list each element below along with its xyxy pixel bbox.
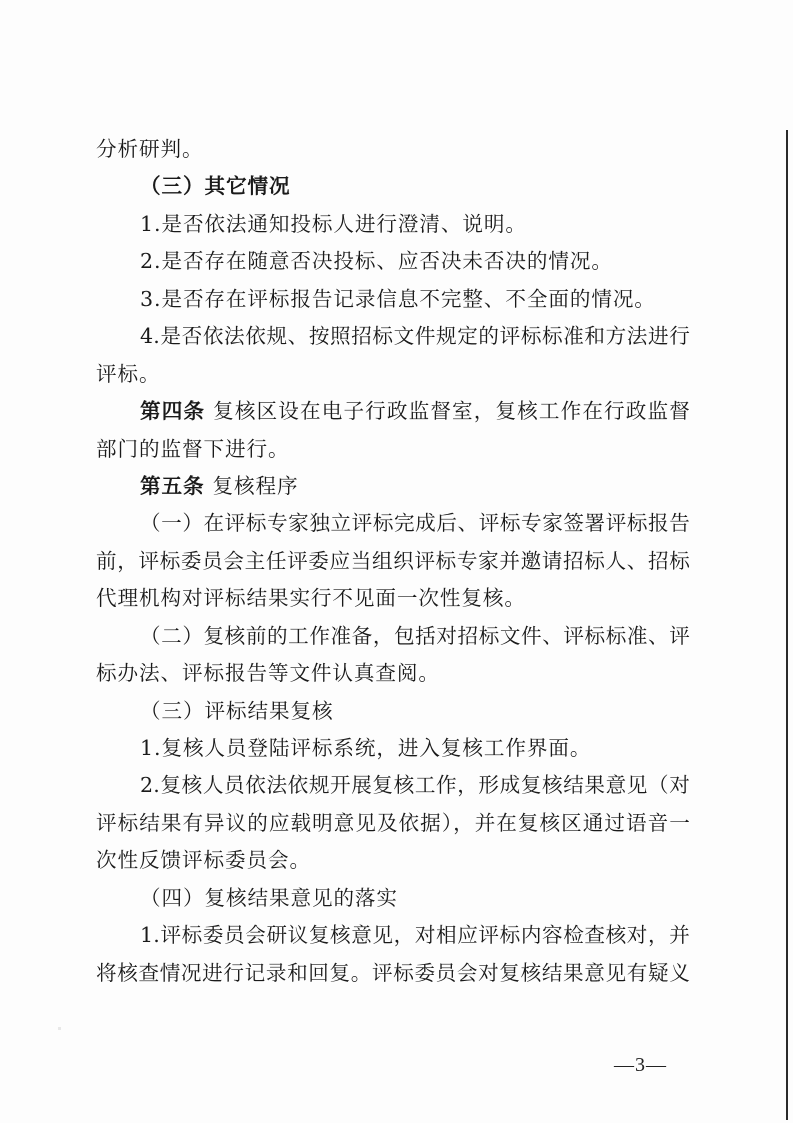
text-line: 分析研判。 — [96, 131, 690, 168]
scan-edge-line — [786, 130, 788, 1120]
section-heading-other-situations: （三）其它情况 — [96, 168, 690, 205]
article-five: 第五条复核程序 — [96, 468, 690, 505]
text-line: 评标。 — [96, 356, 690, 393]
paragraph-line: 代理机构对评标结果实行不见面一次性复核。 — [96, 580, 690, 617]
paragraph-line: 标办法、评标报告等文件认真查阅。 — [96, 655, 690, 692]
article-label: 第四条 — [140, 399, 205, 423]
list-item: 3.是否存在评标报告记录信息不完整、不全面的情况。 — [96, 281, 690, 318]
subsection-heading: （三）评标结果复核 — [96, 693, 690, 730]
paragraph-line: （一）在评标专家独立评标完成后、评标专家签署评标报告 — [96, 505, 690, 542]
subsection-heading: （四）复核结果意见的落实 — [96, 880, 690, 917]
list-item: 2.复核人员依法依规开展复核工作，形成复核结果意见（对 — [96, 767, 690, 804]
scan-artifact — [58, 1027, 61, 1030]
paragraph-line: （二）复核前的工作准备，包括对招标文件、评标标准、评 — [96, 618, 690, 655]
document-body: 分析研判。 （三）其它情况 1.是否依法通知投标人进行澄清、说明。 2.是否存在… — [96, 131, 690, 992]
list-item: 1.复核人员登陆评标系统，进入复核工作界面。 — [96, 730, 690, 767]
list-item: 2.是否存在随意否决投标、应否决未否决的情况。 — [96, 243, 690, 280]
paragraph-line: 次性反馈评标委员会。 — [96, 842, 690, 879]
article-text: 复核区设在电子行政监督室，复核工作在行政监督 — [213, 399, 690, 423]
page-number: —3— — [614, 1052, 694, 1078]
document-page: 分析研判。 （三）其它情况 1.是否依法通知投标人进行澄清、说明。 2.是否存在… — [0, 0, 793, 1123]
article-text: 复核程序 — [212, 474, 298, 498]
article-four: 第四条复核区设在电子行政监督室，复核工作在行政监督 — [96, 393, 690, 430]
paragraph-line: 前，评标委员会主任评委应当组织评标专家并邀请招标人、招标 — [96, 543, 690, 580]
list-item: 4.是否依法依规、按照招标文件规定的评标标准和方法进行 — [96, 318, 690, 355]
article-label: 第五条 — [140, 474, 204, 498]
text-line: 部门的监督下进行。 — [96, 431, 690, 468]
paragraph-line: 将核查情况进行记录和回复。评标委员会对复核结果意见有疑义 — [96, 955, 690, 992]
list-item: 1.评标委员会研议复核意见，对相应评标内容检查核对，并 — [96, 917, 690, 954]
list-item: 1.是否依法通知投标人进行澄清、说明。 — [96, 206, 690, 243]
paragraph-line: 评标结果有异议的应载明意见及依据），并在复核区通过语音一 — [96, 805, 690, 842]
